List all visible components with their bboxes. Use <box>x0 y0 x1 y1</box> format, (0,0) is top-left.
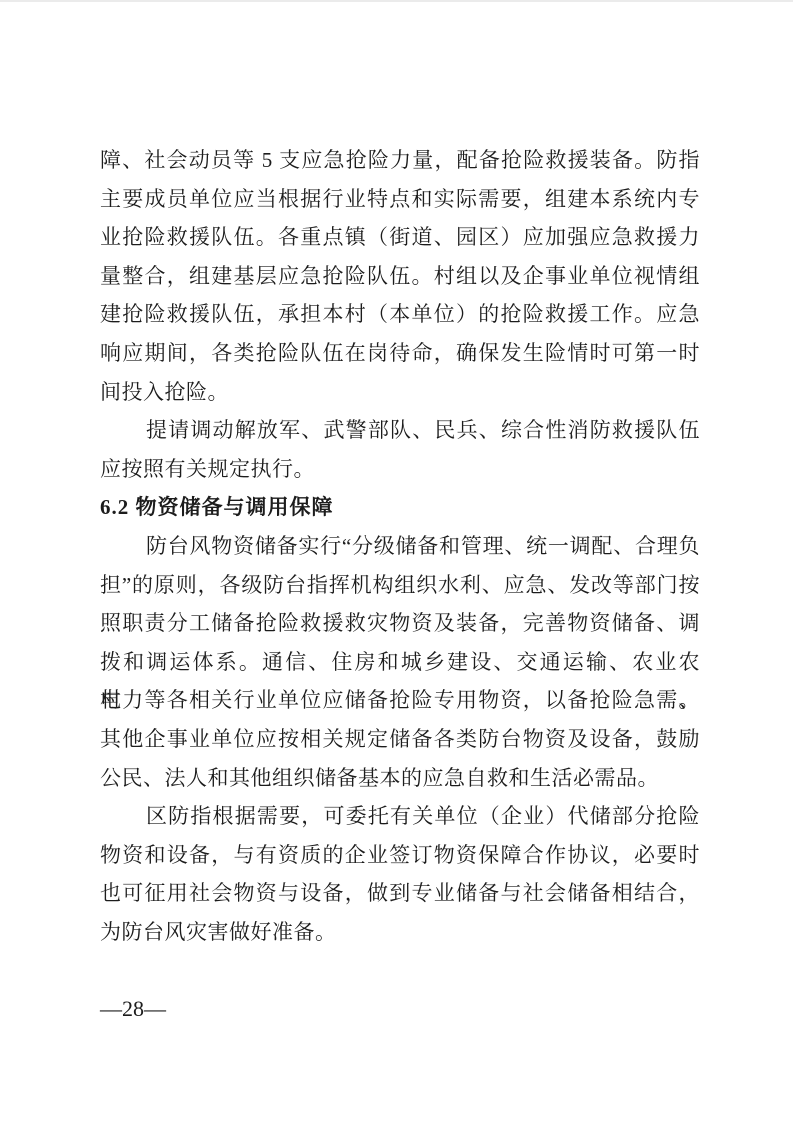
text-line: 区防指根据需要，可委托有关单位（企业）代储部分抢险 <box>100 797 700 836</box>
page-number: —28— <box>100 996 166 1021</box>
text-line: 电力等各相关行业单位应储备抢险专用物资，以备抢险急需。 <box>100 681 700 720</box>
text-line: 拨和调运体系。通信、住房和城乡建设、交通运输、农业农村、 <box>100 643 700 682</box>
text-line: 物资和设备，与有资质的企业签订物资保障合作协议，必要时 <box>100 836 700 875</box>
text-line: 间投入抢险。 <box>100 373 700 412</box>
text-line: 照职责分工储备抢险救援救灾物资及装备，完善物资储备、调 <box>100 604 700 643</box>
text-line: 业抢险救援队伍。各重点镇（街道、园区）应加强应急救援力 <box>100 218 700 257</box>
text-line: 应按照有关规定执行。 <box>100 450 700 489</box>
text-line: 担”的原则，各级防台指挥机构组织水利、应急、发改等部门按 <box>100 566 700 605</box>
document-body: 障、社会动员等 5 支应急抢险力量，配备抢险救援装备。防指主要成员单位应当根据行… <box>100 141 700 951</box>
text-line: 提请调动解放军、武警部队、民兵、综合性消防救援队伍 <box>100 411 700 450</box>
document-page: 障、社会动员等 5 支应急抢险力量，配备抢险救援装备。防指主要成员单位应当根据行… <box>0 0 793 1122</box>
text-line: 障、社会动员等 5 支应急抢险力量，配备抢险救援装备。防指 <box>100 141 700 180</box>
text-line: 其他企事业单位应按相关规定储备各类防台物资及设备，鼓励 <box>100 720 700 759</box>
page-footer: —28— <box>100 994 166 1024</box>
text-line: 量整合，组建基层应急抢险队伍。村组以及企事业单位视情组 <box>100 257 700 296</box>
text-line: 公民、法人和其他组织储备基本的应急自救和生活必需品。 <box>100 759 700 798</box>
text-line: 也可征用社会物资与设备，做到专业储备与社会储备相结合， <box>100 874 700 913</box>
text-line: 主要成员单位应当根据行业特点和实际需要，组建本系统内专 <box>100 180 700 219</box>
text-line: 建抢险救援队伍，承担本村（本单位）的抢险救援工作。应急 <box>100 295 700 334</box>
page-top-edge <box>0 0 793 2</box>
text-line: 为防台风灾害做好准备。 <box>100 913 700 952</box>
section-heading: 6.2 物资储备与调用保障 <box>100 488 700 527</box>
text-line: 响应期间，各类抢险队伍在岗待命，确保发生险情时可第一时 <box>100 334 700 373</box>
text-line: 防台风物资储备实行“分级储备和管理、统一调配、合理负 <box>100 527 700 566</box>
